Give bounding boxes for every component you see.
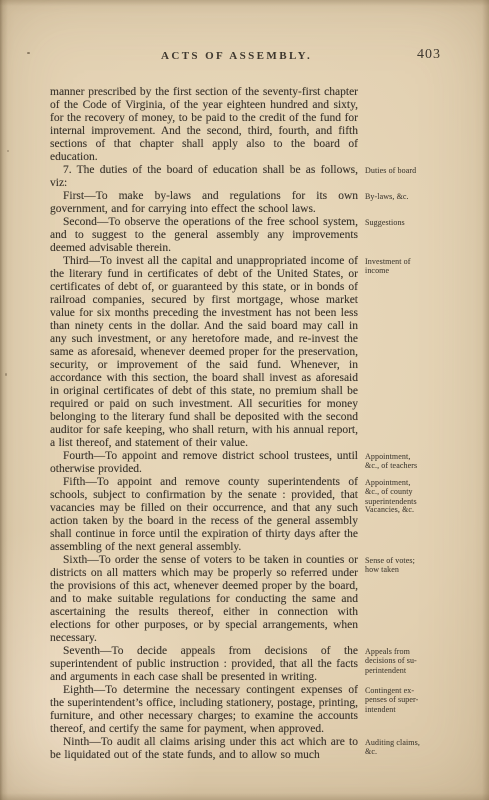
scan-speck <box>27 52 30 54</box>
paragraph-text: manner prescribed by the first section o… <box>50 86 358 163</box>
margin-note: Auditing claims, &c. <box>365 738 465 757</box>
paragraph-continuation: manner prescribed by the first section o… <box>50 86 358 164</box>
page-number: 403 <box>417 47 441 63</box>
margin-note: Appointment, &c., of county superintende… <box>365 478 465 507</box>
scan-speck <box>7 150 9 152</box>
paragraph-second: Second—To observe the operations of the … <box>50 216 358 255</box>
margin-note: Investment of income <box>365 257 465 276</box>
margin-note: Appeals from decisions of su- perintende… <box>365 647 465 676</box>
paragraph-fifth: Fifth—To appoint and remove county super… <box>50 476 358 554</box>
paragraph-fourth: Fourth—To appoint and remove district sc… <box>50 450 358 476</box>
paragraph-text: Eighth—To determine the necessary contin… <box>50 684 358 735</box>
paragraph-text: Seventh—To decide appeals from decisions… <box>50 645 358 683</box>
paragraph-text: First—To make by-laws and regulations fo… <box>50 190 358 215</box>
paragraph-seventh: Seventh—To decide appeals from decisions… <box>50 645 358 684</box>
paragraph-text: Second—To observe the operations of the … <box>50 216 358 254</box>
paragraph-text: Fifth—To appoint and remove county super… <box>50 476 358 553</box>
margin-note: Appointment, &c., of teachers <box>365 452 465 471</box>
page-header: ACTS OF ASSEMBLY. 403 <box>0 50 489 66</box>
paragraph-first: First—To make by-laws and regulations fo… <box>50 190 358 216</box>
paragraph-sixth: Sixth—To order the sense of voters to be… <box>50 554 358 645</box>
running-title: ACTS OF ASSEMBLY. <box>161 50 312 62</box>
margin-note: Sense of votes; how taken <box>365 556 465 575</box>
paragraph-text: Fourth—To appoint and remove district sc… <box>50 450 358 475</box>
paragraph-text: 7. The duties of the board of education … <box>50 164 358 189</box>
page-body: manner prescribed by the first section o… <box>50 86 358 762</box>
paragraph-text: Sixth—To order the sense of voters to be… <box>50 554 358 644</box>
paragraph-third: Third—To invest all the capital and unap… <box>50 255 358 450</box>
margin-note: Contingent ex- penses of super- intenden… <box>365 686 465 715</box>
paragraph-duties: 7. The duties of the board of education … <box>50 164 358 190</box>
paragraph-text: Ninth—To audit all claims arising under … <box>50 736 358 761</box>
paragraph-ninth: Ninth—To audit all claims arising under … <box>50 736 358 762</box>
margin-note: Suggestions <box>365 218 465 228</box>
paragraph-text: Third—To invest all the capital and unap… <box>50 255 358 449</box>
book-page: ACTS OF ASSEMBLY. 403 manner prescribed … <box>0 0 489 800</box>
margin-note: By-laws, &c. <box>365 192 465 202</box>
scan-speck <box>5 373 7 376</box>
margin-note: Vacancies, &c. <box>365 505 465 515</box>
margin-note: Duties of board <box>365 166 465 176</box>
paragraph-eighth: Eighth—To determine the necessary contin… <box>50 684 358 736</box>
